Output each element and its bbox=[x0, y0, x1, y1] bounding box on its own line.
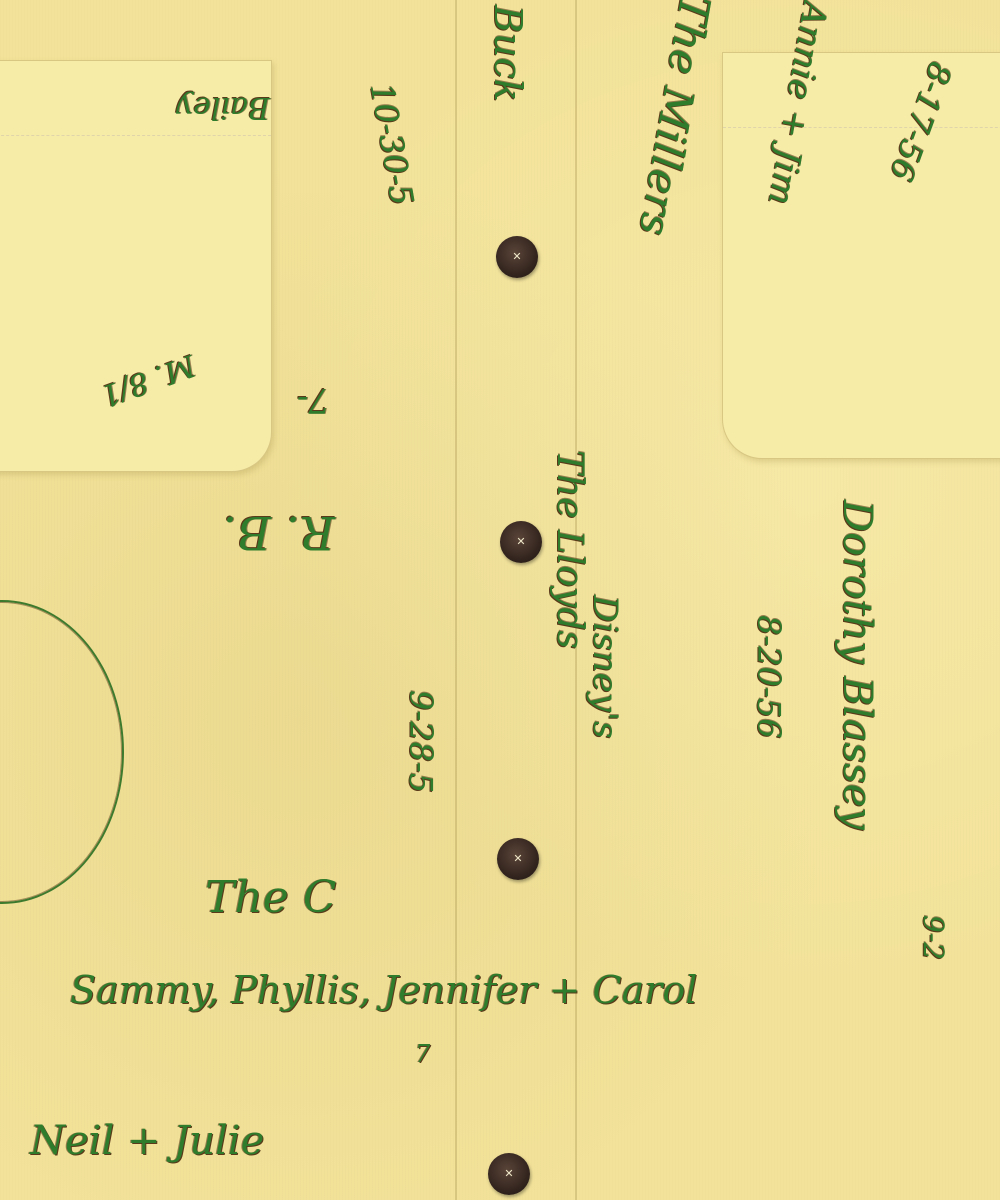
embroidered-signature-disneys: Disney's bbox=[585, 595, 625, 739]
embroidered-signature-date-9-28: 9-28-5 bbox=[402, 690, 440, 793]
embroidered-signature-7-date: 7- bbox=[297, 380, 330, 420]
shirt-button-4 bbox=[488, 1153, 530, 1195]
embroidered-signature-mark-7: 7 bbox=[415, 1040, 430, 1068]
shirt-button-2 bbox=[500, 521, 542, 563]
shirt-button-3 bbox=[497, 838, 539, 880]
placket-seam-left bbox=[455, 0, 457, 1200]
embroidered-signature-the-c: The C bbox=[205, 872, 336, 923]
embroidered-signature-dorothy: Dorothy Blassey bbox=[834, 500, 880, 830]
shirt-button-1 bbox=[496, 236, 538, 278]
embroidered-signature-bailey: Bailey bbox=[176, 90, 270, 125]
embroidered-signature-sammy: Sammy, Phyllis, Jennifer + Carol bbox=[70, 968, 697, 1012]
embroidered-signature-r-b: R. B. bbox=[223, 506, 335, 560]
embroidered-signature-neil-julie: Neil + Julie bbox=[30, 1118, 264, 1164]
embroidered-signature-date-9: 9-2 bbox=[917, 915, 950, 960]
right-chest-pocket bbox=[722, 52, 1000, 459]
embroidered-signature-buck: Buck bbox=[486, 5, 530, 102]
embroidered-signature-date-8-20-56: 8-20-56 bbox=[750, 615, 788, 738]
embroidered-signature-the-lloyds: The Lloyds bbox=[549, 450, 590, 649]
